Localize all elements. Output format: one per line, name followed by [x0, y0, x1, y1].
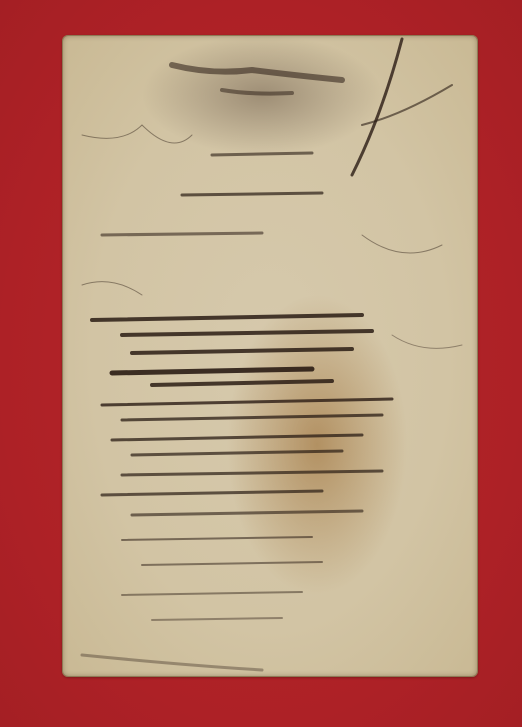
tablet-markings: [62, 35, 478, 677]
amulet-tablet: [62, 35, 478, 677]
